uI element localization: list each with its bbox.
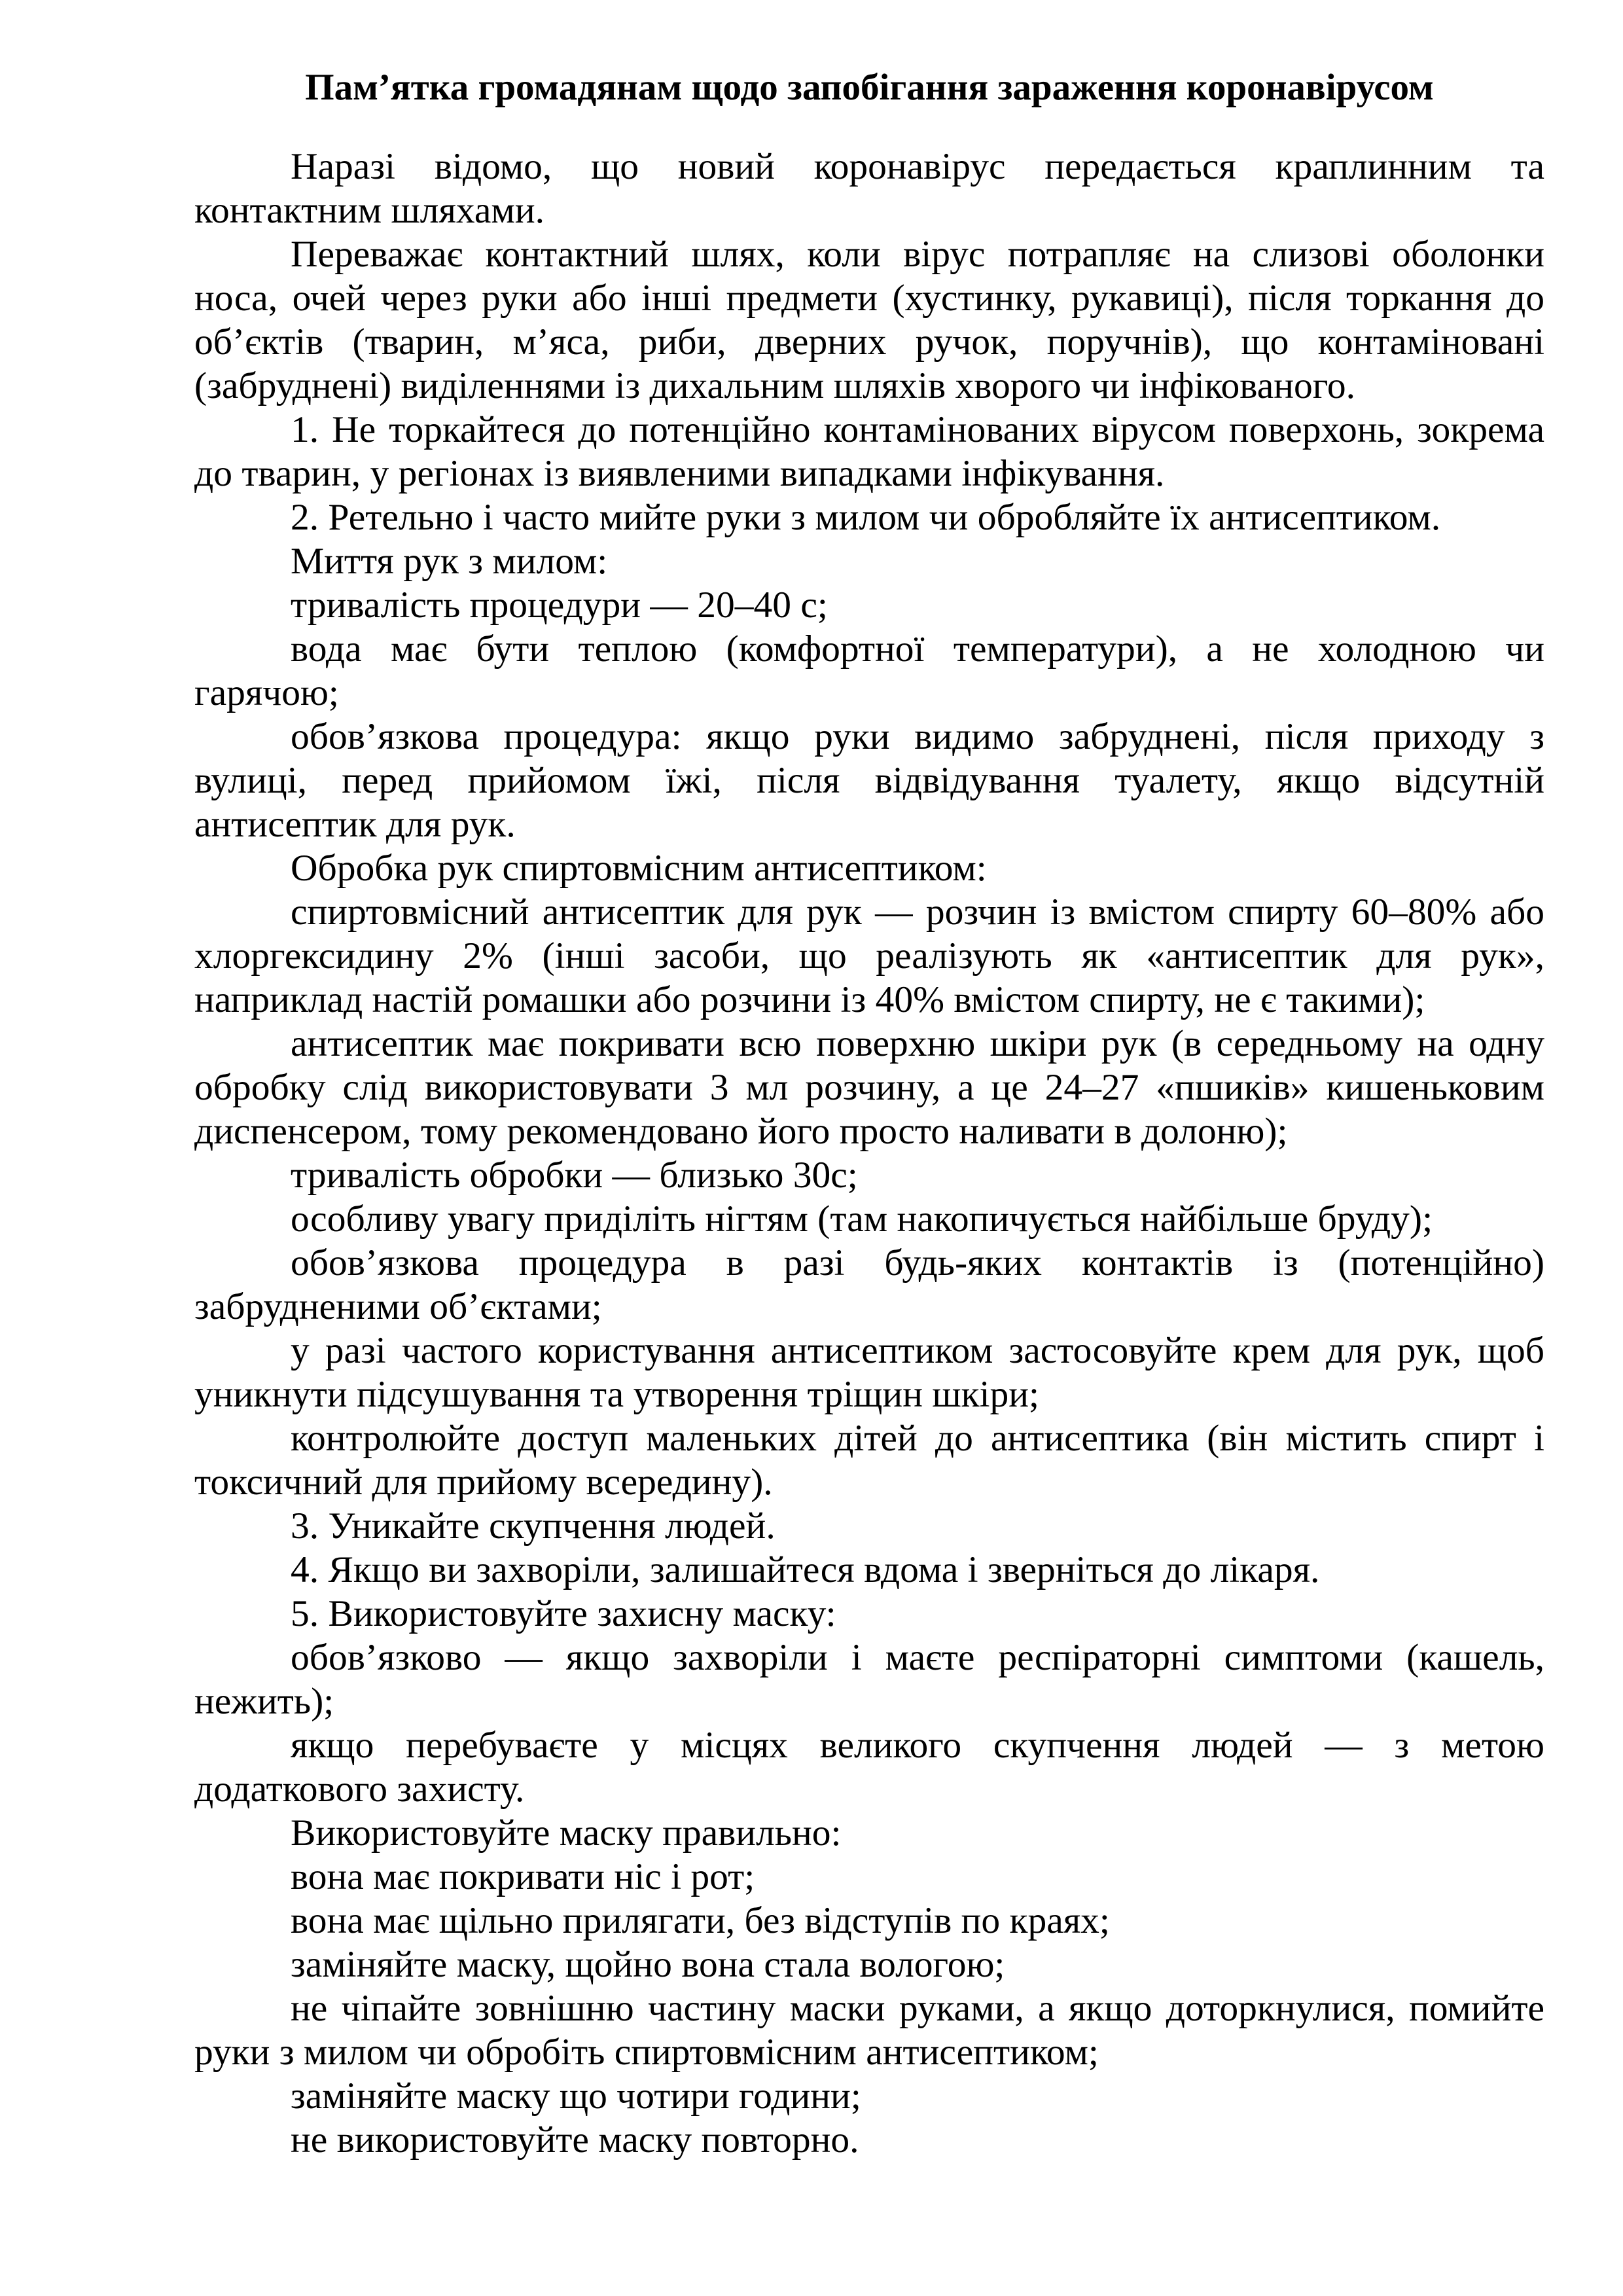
paragraph-line: нежить); (194, 1679, 1544, 1723)
paragraph-line: токсичний для прийому всередину). (194, 1460, 1544, 1504)
paragraph-line: Миття рук з милом: (194, 539, 1544, 583)
paragraph-line: Обробка рук спиртовмісним антисептиком: (194, 846, 1544, 890)
paragraph-line: диспенсером, тому рекомендовано його про… (194, 1109, 1544, 1153)
paragraph-line: гарячою; (194, 671, 1544, 715)
paragraph-line: особливу увагу приділіть нігтям (там нак… (194, 1197, 1544, 1241)
paragraph-line: об’єктів (тварин, м’яса, риби, дверних р… (194, 320, 1544, 364)
paragraph-line: (забруднені) виділеннями із дихальним шл… (194, 364, 1544, 408)
paragraph-line: контактним шляхами. (194, 188, 1544, 232)
paragraph-line: не використовуйте маску повторно. (194, 2118, 1544, 2162)
paragraph-line: тривалість обробки — близько 30с; (194, 1153, 1544, 1197)
paragraph-line: Використовуйте маску правильно: (194, 1811, 1544, 1855)
document-title: Пам’ятка громадянам щодо запобігання зар… (194, 65, 1544, 109)
paragraph-line: вулиці, перед прийомом їжі, після відвід… (194, 759, 1544, 802)
paragraph-line: заміняйте маску, щойно вона стала волого… (194, 1943, 1544, 1986)
paragraph-line: руки з милом чи обробіть спиртовмісним а… (194, 2030, 1544, 2074)
paragraph-line: вода має бути теплою (комфортної темпера… (194, 627, 1544, 671)
paragraph-line: Наразі відомо, що новий коронавірус пере… (194, 145, 1544, 188)
paragraph-line: додаткового захисту. (194, 1767, 1544, 1811)
paragraph-line: хлоргексидину 2% (інші засоби, що реаліз… (194, 934, 1544, 978)
paragraph-line: носа, очей через руки або інші предмети … (194, 276, 1544, 320)
paragraph-line: 5. Використовуйте захисну маску: (194, 1592, 1544, 1636)
paragraph-line: Переважає контактний шлях, коли вірус по… (194, 232, 1544, 276)
paragraph-line: обов’язково — якщо захворіли і маєте рес… (194, 1636, 1544, 1679)
paragraph-line: тривалість процедури — 20–40 с; (194, 583, 1544, 627)
paragraph-line: заміняйте маску що чотири години; (194, 2074, 1544, 2118)
paragraph-line: спиртовмісний антисептик для рук — розчи… (194, 890, 1544, 934)
paragraph-line: до тварин, у регіонах із виявленими випа… (194, 452, 1544, 495)
paragraph-line: антисептик має покривати всю поверхню шк… (194, 1022, 1544, 1066)
paragraph-line: 2. Ретельно і часто мийте руки з милом ч… (194, 495, 1544, 539)
paragraph-line: 1. Не торкайтеся до потенційно контаміно… (194, 408, 1544, 452)
paragraph-line: обов’язкова процедура: якщо руки видимо … (194, 715, 1544, 759)
paragraph-line: вона має покривати ніс і рот; (194, 1855, 1544, 1899)
paragraph-line: вона має щільно прилягати, без відступів… (194, 1899, 1544, 1943)
paragraph-line: забрудненими об’єктами; (194, 1285, 1544, 1329)
paragraph-line: 4. Якщо ви захворіли, залишайтеся вдома … (194, 1548, 1544, 1592)
paragraph-line: контролюйте доступ маленьких дітей до ан… (194, 1416, 1544, 1460)
paragraph-line: антисептик для рук. (194, 802, 1544, 846)
paragraph-line: обов’язкова процедура в разі будь-яких к… (194, 1241, 1544, 1285)
paragraph-line: наприклад настій ромашки або розчини із … (194, 978, 1544, 1022)
paragraph-line: не чіпайте зовнішню частину маски руками… (194, 1986, 1544, 2030)
paragraph-line: обробку слід використовувати 3 мл розчин… (194, 1066, 1544, 1109)
paragraph-line: у разі частого користування антисептиком… (194, 1329, 1544, 1372)
paragraph-line: 3. Уникайте скупчення людей. (194, 1504, 1544, 1548)
paragraph-line: якщо перебуваєте у місцях великого скупч… (194, 1723, 1544, 1767)
paragraph-line: уникнути підсушування та утворення тріщи… (194, 1372, 1544, 1416)
document-page: Пам’ятка громадянам щодо запобігання зар… (0, 0, 1623, 2296)
